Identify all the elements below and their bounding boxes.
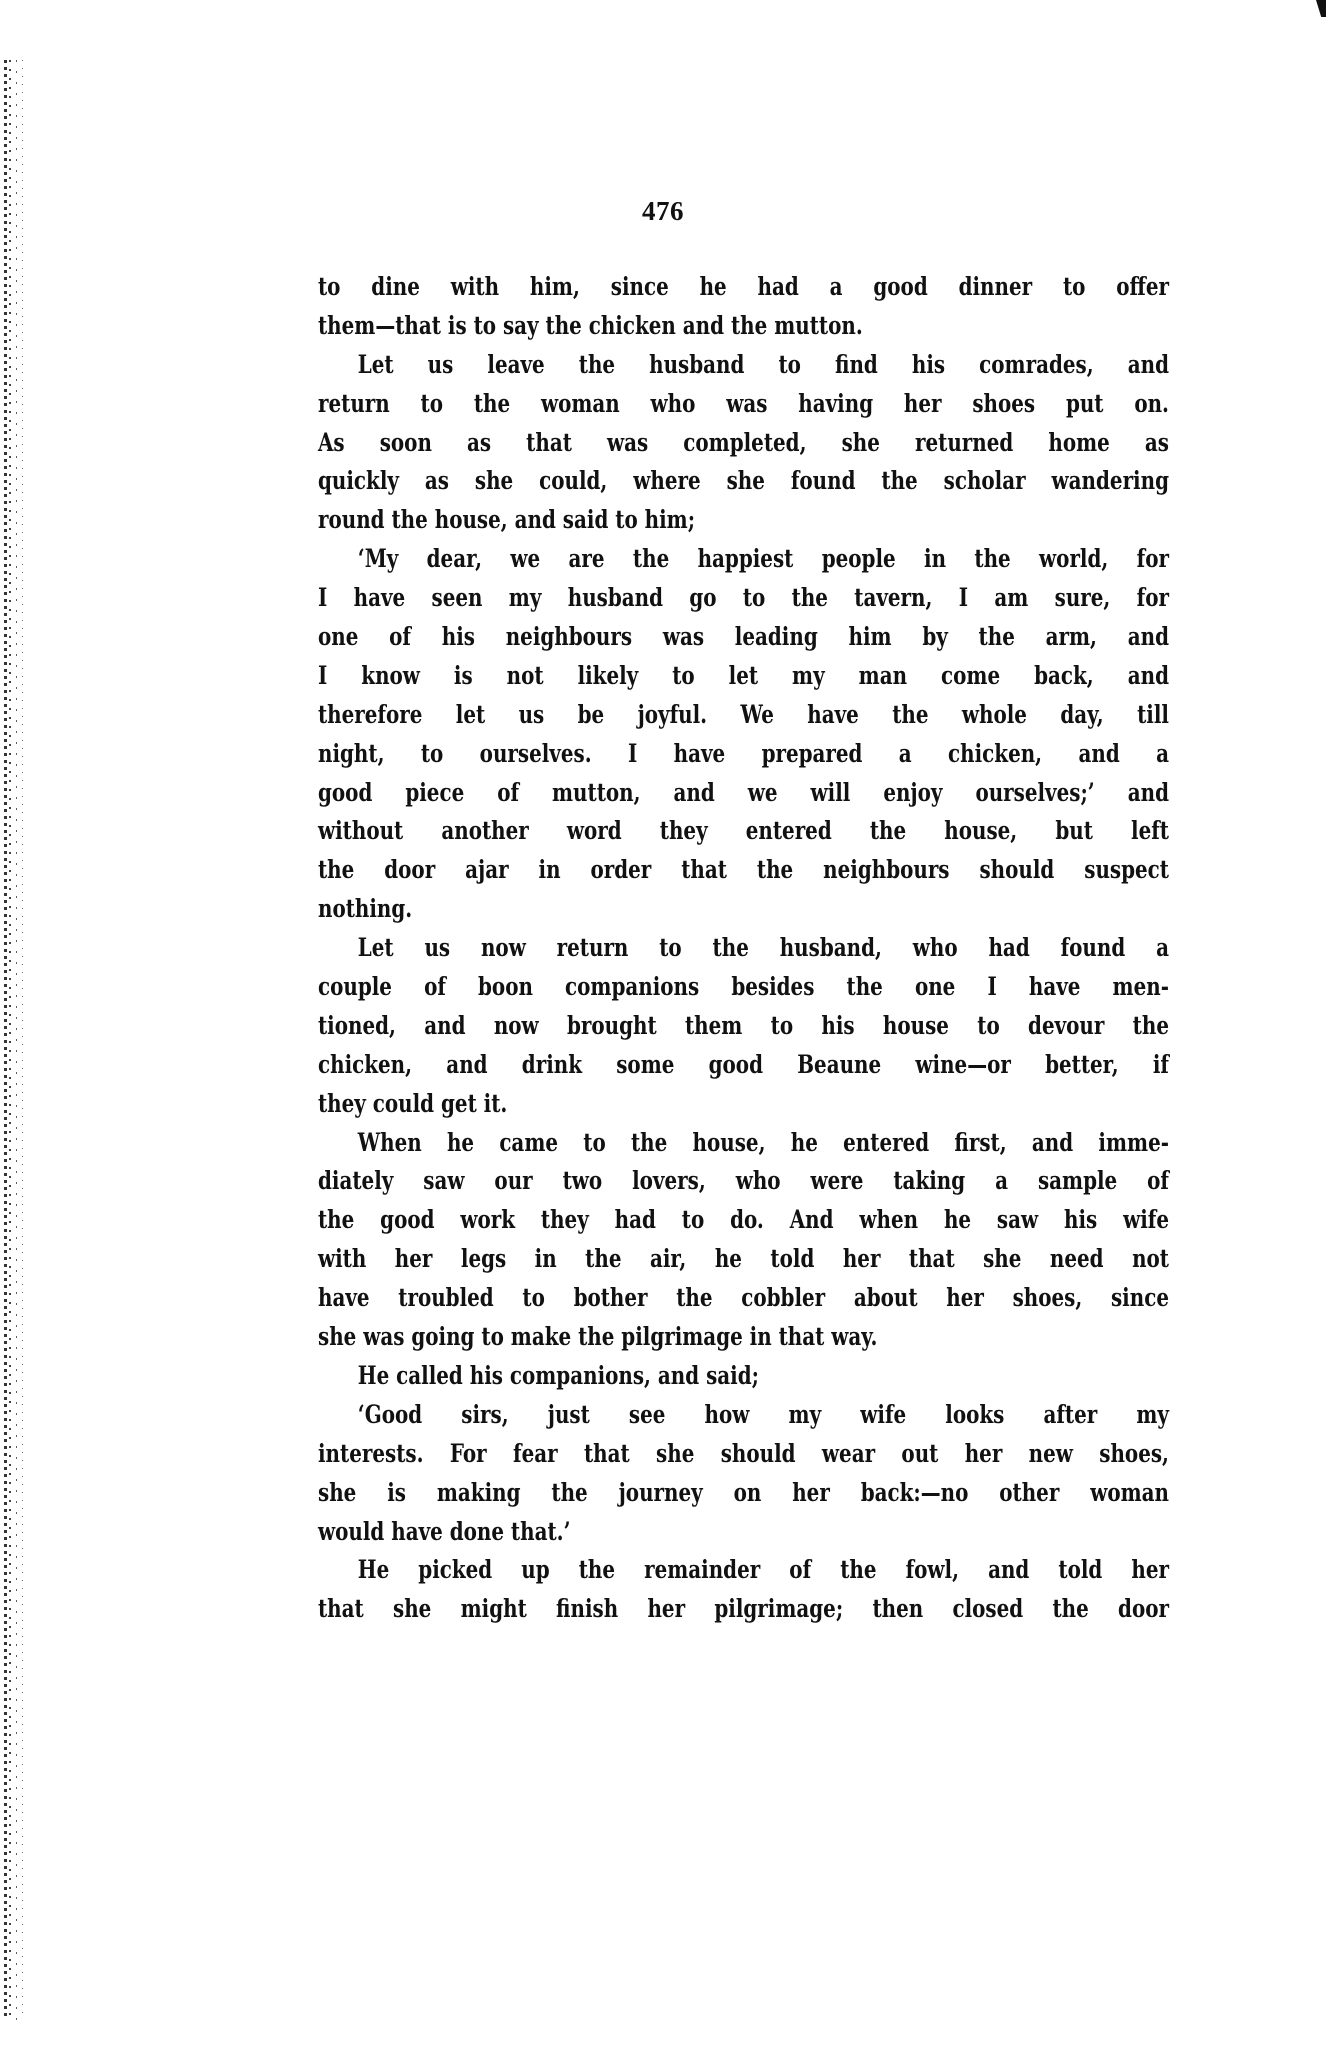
text-line: tioned, and now brought them to his hous…	[318, 1007, 1169, 1046]
text-line: nothing.	[318, 890, 1169, 929]
text-line: without another word they entered the ho…	[318, 812, 1169, 851]
scan-corner-mark	[1316, 0, 1326, 28]
text-line: As soon as that was completed, she retur…	[318, 424, 1169, 463]
text-line: I know is not likely to let my man come …	[318, 657, 1169, 696]
text-line: interests. For fear that she should wear…	[318, 1435, 1169, 1474]
text-line: the door ajar in order that the neighbou…	[318, 851, 1169, 890]
text-line: therefore let us be joyful. We have the …	[318, 696, 1169, 735]
text-line: diately saw our two lovers, who were tak…	[318, 1162, 1169, 1201]
book-page: 476 to dine with him, since he had a goo…	[0, 0, 1326, 2051]
text-line: He picked up the remainder of the fowl, …	[318, 1551, 1169, 1590]
text-line: the good work they had to do. And when h…	[318, 1201, 1169, 1240]
text-line: with her legs in the air, he told her th…	[318, 1240, 1169, 1279]
text-line: to dine with him, since he had a good di…	[318, 268, 1169, 307]
text-line: quickly as she could, where she found th…	[318, 462, 1169, 501]
text-line: couple of boon companions besides the on…	[318, 968, 1169, 1007]
text-line: I have seen my husband go to the tavern,…	[318, 579, 1169, 618]
text-line: good piece of mutton, and we will enjoy …	[318, 774, 1169, 813]
text-line: return to the woman who was having her s…	[318, 385, 1169, 424]
text-line: they could get it.	[318, 1085, 1169, 1124]
text-line: chicken, and drink some good Beaune wine…	[318, 1046, 1169, 1085]
text-line: them—that is to say the chicken and the …	[318, 307, 1169, 346]
text-line: When he came to the house, he entered fi…	[318, 1124, 1169, 1163]
text-line: have troubled to bother the cobbler abou…	[318, 1279, 1169, 1318]
page-number: 476	[0, 196, 1326, 227]
text-line: she was going to make the pilgrimage in …	[318, 1318, 1169, 1357]
scan-binding-edge	[0, 60, 34, 2020]
body-text: to dine with him, since he had a good di…	[318, 268, 1169, 1629]
text-line: night, to ourselves. I have prepared a c…	[318, 735, 1169, 774]
text-line: one of his neighbours was leading him by…	[318, 618, 1169, 657]
text-line: round the house, and said to him;	[318, 501, 1169, 540]
text-line: that she might finish her pilgrimage; th…	[318, 1590, 1169, 1629]
text-line: Let us leave the husband to find his com…	[318, 346, 1169, 385]
text-line: ‘Good sirs, just see how my wife looks a…	[318, 1396, 1169, 1435]
text-line: He called his companions, and said;	[318, 1357, 1169, 1396]
text-line: would have done that.’	[318, 1513, 1169, 1552]
text-line: she is making the journey on her back:—n…	[318, 1474, 1169, 1513]
text-line: ‘My dear, we are the happiest people in …	[318, 540, 1169, 579]
text-line: Let us now return to the husband, who ha…	[318, 929, 1169, 968]
